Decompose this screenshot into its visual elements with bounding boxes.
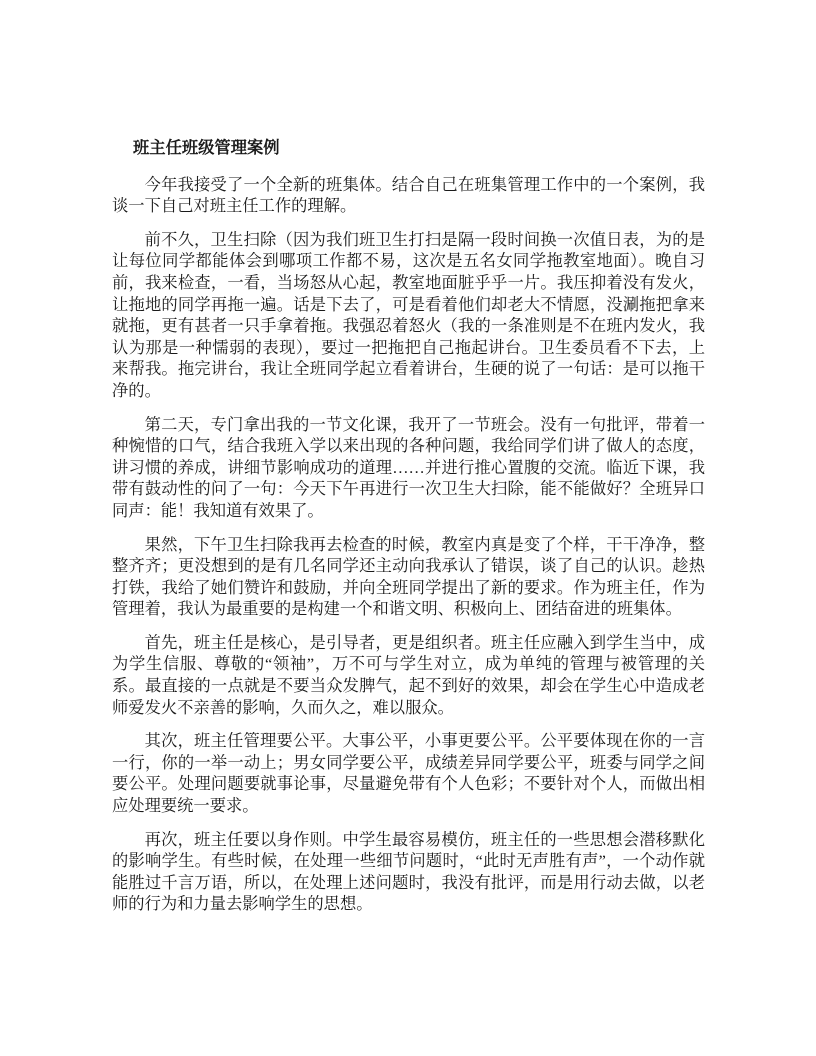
document-page: 班主任班级管理案例 今年我接受了一个全新的班集体。结合自己在班集管理工作中的一个…: [0, 0, 816, 1056]
paragraph-point-second: 其次，班主任管理要公平。大事公平，小事更要公平。公平要体现在你的一言一行，你的一…: [112, 730, 705, 816]
paragraph-point-first: 首先，班主任是核心，是引导者，更是组织者。班主任应融入到学生当中，成为学生信服、…: [112, 632, 705, 718]
paragraph-incident: 前不久，卫生扫除（因为我们班卫生打扫是隔一段时间换一次值日表，为的是让每位同学都…: [112, 229, 705, 402]
document-title: 班主任班级管理案例: [112, 137, 705, 159]
paragraph-point-third: 再次，班主任要以身作则。中学生最容易模仿，班主任的一些思想会潜移默化的影响学生。…: [112, 829, 705, 915]
paragraph-result: 果然，下午卫生扫除我再去检查的时候，教室内真是变了个样，干干净净，整整齐齐；更没…: [112, 534, 705, 620]
paragraph-intro: 今年我接受了一个全新的班集体。结合自己在班集管理工作中的一个案例，我谈一下自己对…: [112, 174, 705, 217]
paragraph-class-meeting: 第二天，专门拿出我的一节文化课，我开了一节班会。没有一句批评，带着一种惋惜的口气…: [112, 414, 705, 522]
